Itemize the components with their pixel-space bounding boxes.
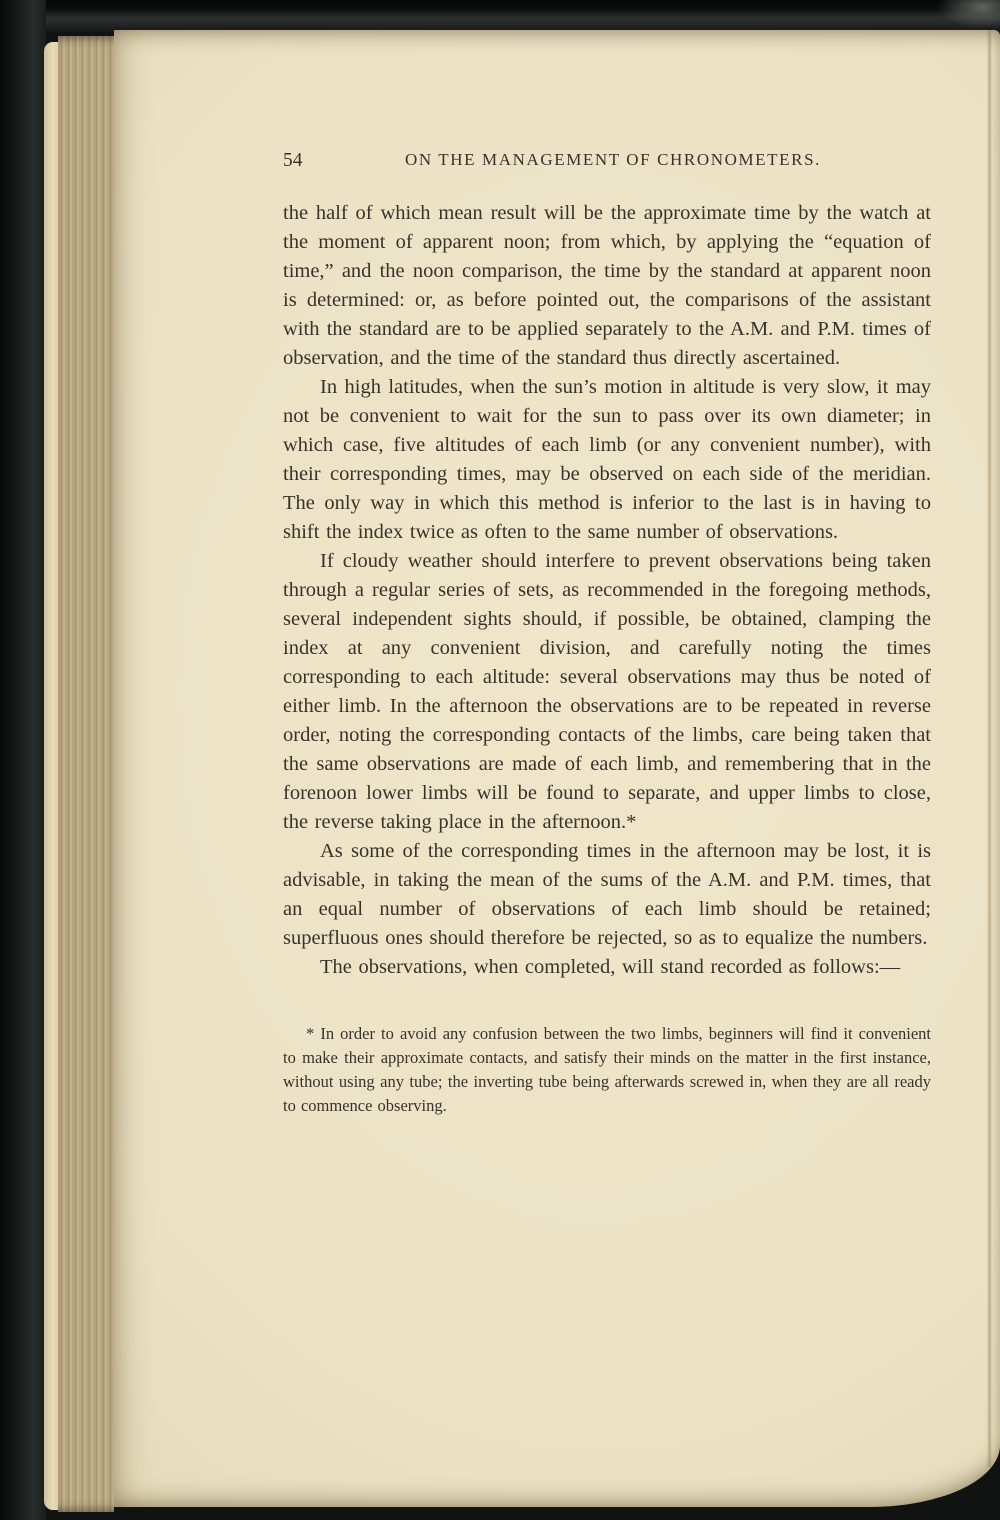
scanned-book-photo: 54 ON THE MANAGEMENT OF CHRONOMETERS. th… (0, 0, 1000, 1520)
paragraph: In high latitudes, when the sun’s motion… (283, 373, 931, 547)
footnote: * In order to avoid any confusion betwee… (283, 1022, 931, 1118)
paragraph: If cloudy weather should interfere to pr… (283, 547, 931, 837)
body-text: the half of which mean result will be th… (283, 199, 931, 982)
page-number: 54 (283, 150, 303, 172)
page-header: 54 ON THE MANAGEMENT OF CHRONOMETERS. (283, 150, 931, 174)
paragraph: the half of which mean result will be th… (283, 199, 931, 373)
page-stack-edges (58, 36, 114, 1512)
running-header: ON THE MANAGEMENT OF CHRONOMETERS. (283, 150, 931, 170)
paragraph: The observations, when completed, will s… (283, 953, 931, 982)
page-gutter-crease (987, 30, 992, 1467)
cover-corner-wear (936, 0, 1000, 28)
book-page: 54 ON THE MANAGEMENT OF CHRONOMETERS. th… (114, 30, 1000, 1507)
book-cover-top-edge (0, 0, 1000, 32)
paragraph: As some of the corresponding times in th… (283, 837, 931, 953)
book-cover-spine (0, 0, 46, 1520)
page-content: 54 ON THE MANAGEMENT OF CHRONOMETERS. th… (283, 30, 931, 1118)
